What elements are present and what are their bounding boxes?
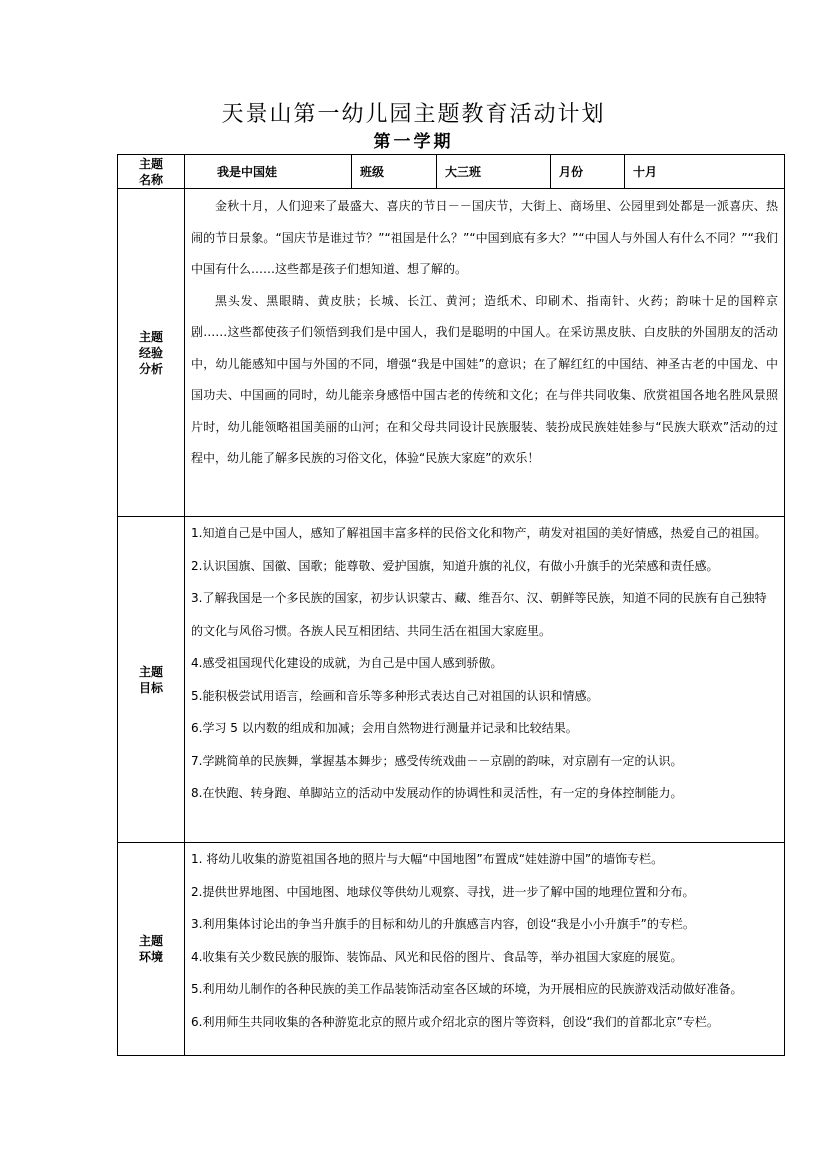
experience-content: 金秋十月，人们迎来了最盛大、喜庆的节日－－国庆节，大街上、商场里、公园里到处都是… [185,189,785,517]
goals-row: 主题 目标 1.知道自己是中国人，感知了解祖国丰富多样的民俗文化和物产，萌发对祖… [118,517,785,843]
document-title: 天景山第一幼儿园主题教育活动计划 [0,100,827,130]
environment-item: 4.收集有关少数民族的服饰、装饰品、风光和民俗的图片、食品等，举办祖国大家庭的展… [191,941,778,974]
goals-content: 1.知道自己是中国人，感知了解祖国丰富多样的民俗文化和物产，萌发对祖国的美好情感… [185,517,785,843]
goal-item: 6.学习 5 以内数的组成和加减；会用自然物进行测量并记录和比较结果。 [191,712,778,745]
environment-content: 1. 将幼儿收集的游览祖国各地的照片与大幅“中国地图”布置成“娃娃游中国”的墙饰… [185,843,785,1056]
document-subtitle: 第一学期 [0,131,827,153]
goal-item: 3.了解我国是一个多民族的国家，初步认识蒙古、藏、维吾尔、汉、朝鲜等民族，知道不… [191,582,778,647]
environment-item: 1. 将幼儿收集的游览祖国各地的照片与大幅“中国地图”布置成“娃娃游中国”的墙饰… [191,843,778,876]
class-value: 大三班 [437,155,551,189]
environment-item: 6.利用师生共同收集的各种游览北京的照片或介绍北京的图片等资料，创设“我们的首都… [191,1006,778,1039]
environment-item: 2.提供世界地图、中国地图、地球仪等供幼儿观察、寻找，进一步了解中国的地理位置和… [191,876,778,909]
goal-item: 7.学跳简单的民族舞，掌握基本舞步；感受传统戏曲－－京剧的韵味，对京剧有一定的认… [191,745,778,778]
environment-item: 5.利用幼儿制作的各种民族的美工作品装饰活动室各区域的环境，为开展相应的民族游戏… [191,973,778,1006]
experience-label: 主题 经验 分析 [118,189,185,517]
goal-item: 2.认识国旗、国徽、国歌；能尊敬、爱护国旗，知道升旗的礼仪，有做小升旗手的光荣感… [191,550,778,583]
month-value: 十月 [625,155,785,189]
goal-item: 4.感受祖国现代化建设的成就，为自己是中国人感到骄傲。 [191,647,778,680]
goal-item: 8.在快跑、转身跑、单脚站立的活动中发展动作的协调性和灵活性，有一定的身体控制能… [191,777,778,810]
environment-label: 主题 环境 [118,843,185,1056]
month-label: 月份 [551,155,625,189]
experience-paragraph: 黑头发、黑眼睛、黄皮肤；长城、长江、黄河；造纸术、印刷术、指南针、火药；韵味十足… [191,286,778,475]
goals-label: 主题 目标 [118,517,185,843]
environment-item: 3.利用集体讨论出的争当升旗手的目标和幼儿的升旗感言内容，创设“我是小小升旗手”… [191,908,778,941]
environment-row: 主题 环境 1. 将幼儿收集的游览祖国各地的照片与大幅“中国地图”布置成“娃娃游… [118,843,785,1056]
class-label: 班级 [352,155,437,189]
header-row: 主题 名称 我是中国娃 班级 大三班 月份 十月 [118,155,785,189]
theme-name-value: 我是中国娃 [185,155,352,189]
activity-plan-table: 主题 名称 我是中国娃 班级 大三班 月份 十月 主题 经验 分析 金秋十月，人… [117,154,785,1056]
goal-item: 1.知道自己是中国人，感知了解祖国丰富多样的民俗文化和物产，萌发对祖国的美好情感… [191,517,778,550]
goal-item: 5.能积极尝试用语言，绘画和音乐等多种形式表达自己对祖国的认识和情感。 [191,680,778,713]
experience-paragraph: 金秋十月，人们迎来了最盛大、喜庆的节日－－国庆节，大街上、商场里、公园里到处都是… [191,191,778,286]
theme-name-label: 主题 名称 [118,155,185,189]
experience-row: 主题 经验 分析 金秋十月，人们迎来了最盛大、喜庆的节日－－国庆节，大街上、商场… [118,189,785,517]
